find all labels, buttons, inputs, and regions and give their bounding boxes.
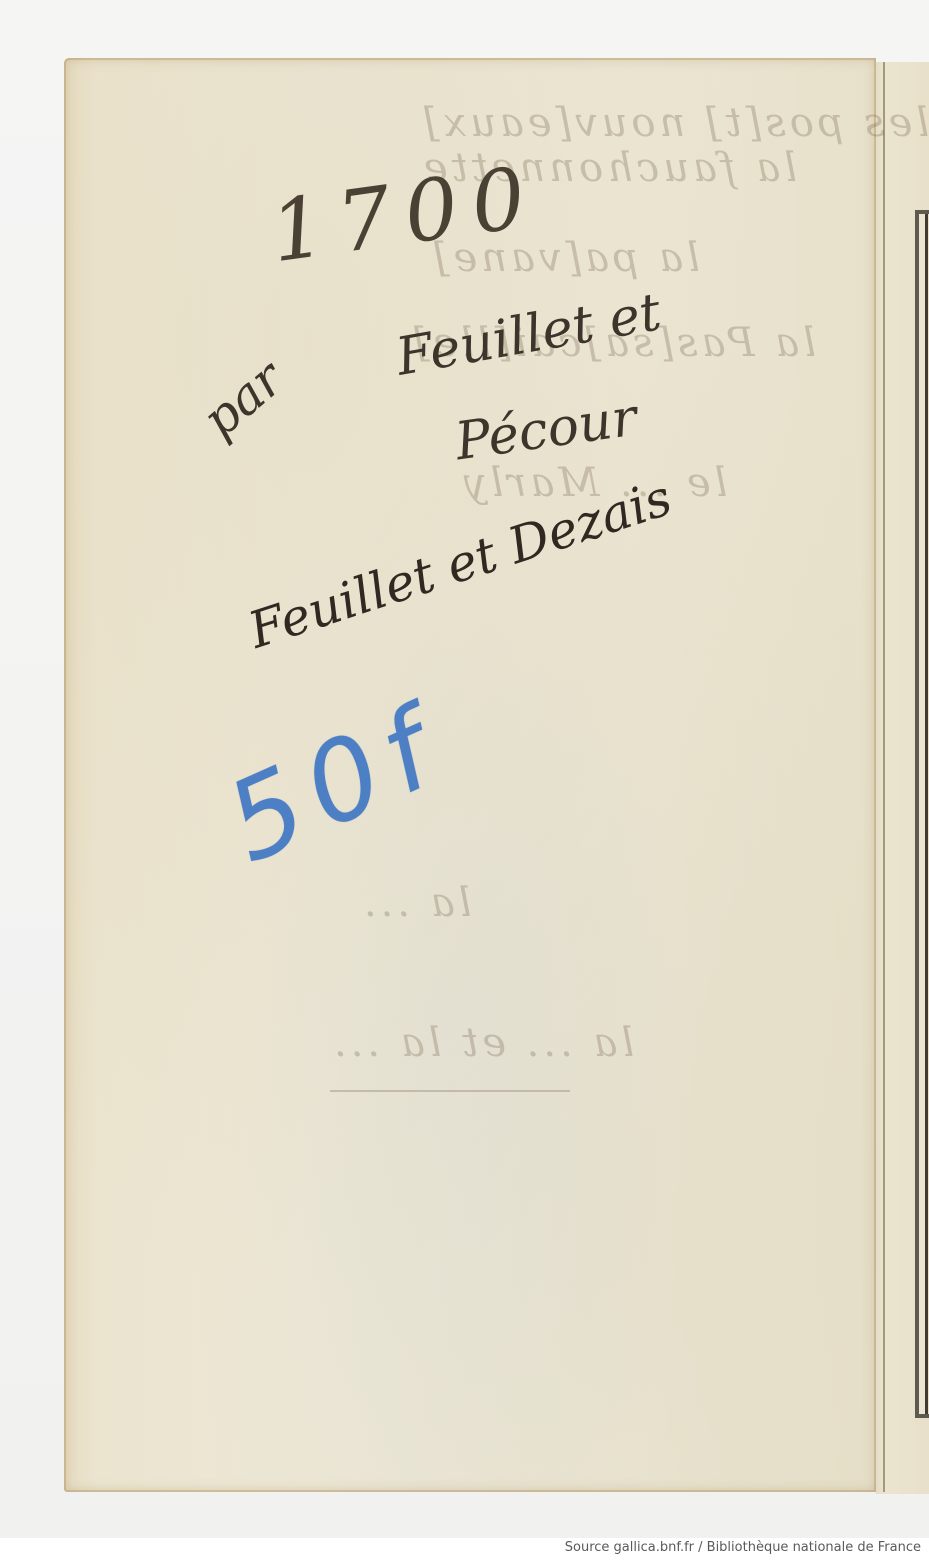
ghost-line: les pos[t] nouv[eaux]: [420, 100, 929, 146]
ghost-line: la ...: [360, 880, 472, 926]
ghost-ornament-flourish: [330, 1090, 570, 1122]
ghost-line: la ... et la ...: [330, 1020, 634, 1066]
source-credit: Source gallica.bnf.fr / Bibliothèque nat…: [565, 1540, 921, 1555]
